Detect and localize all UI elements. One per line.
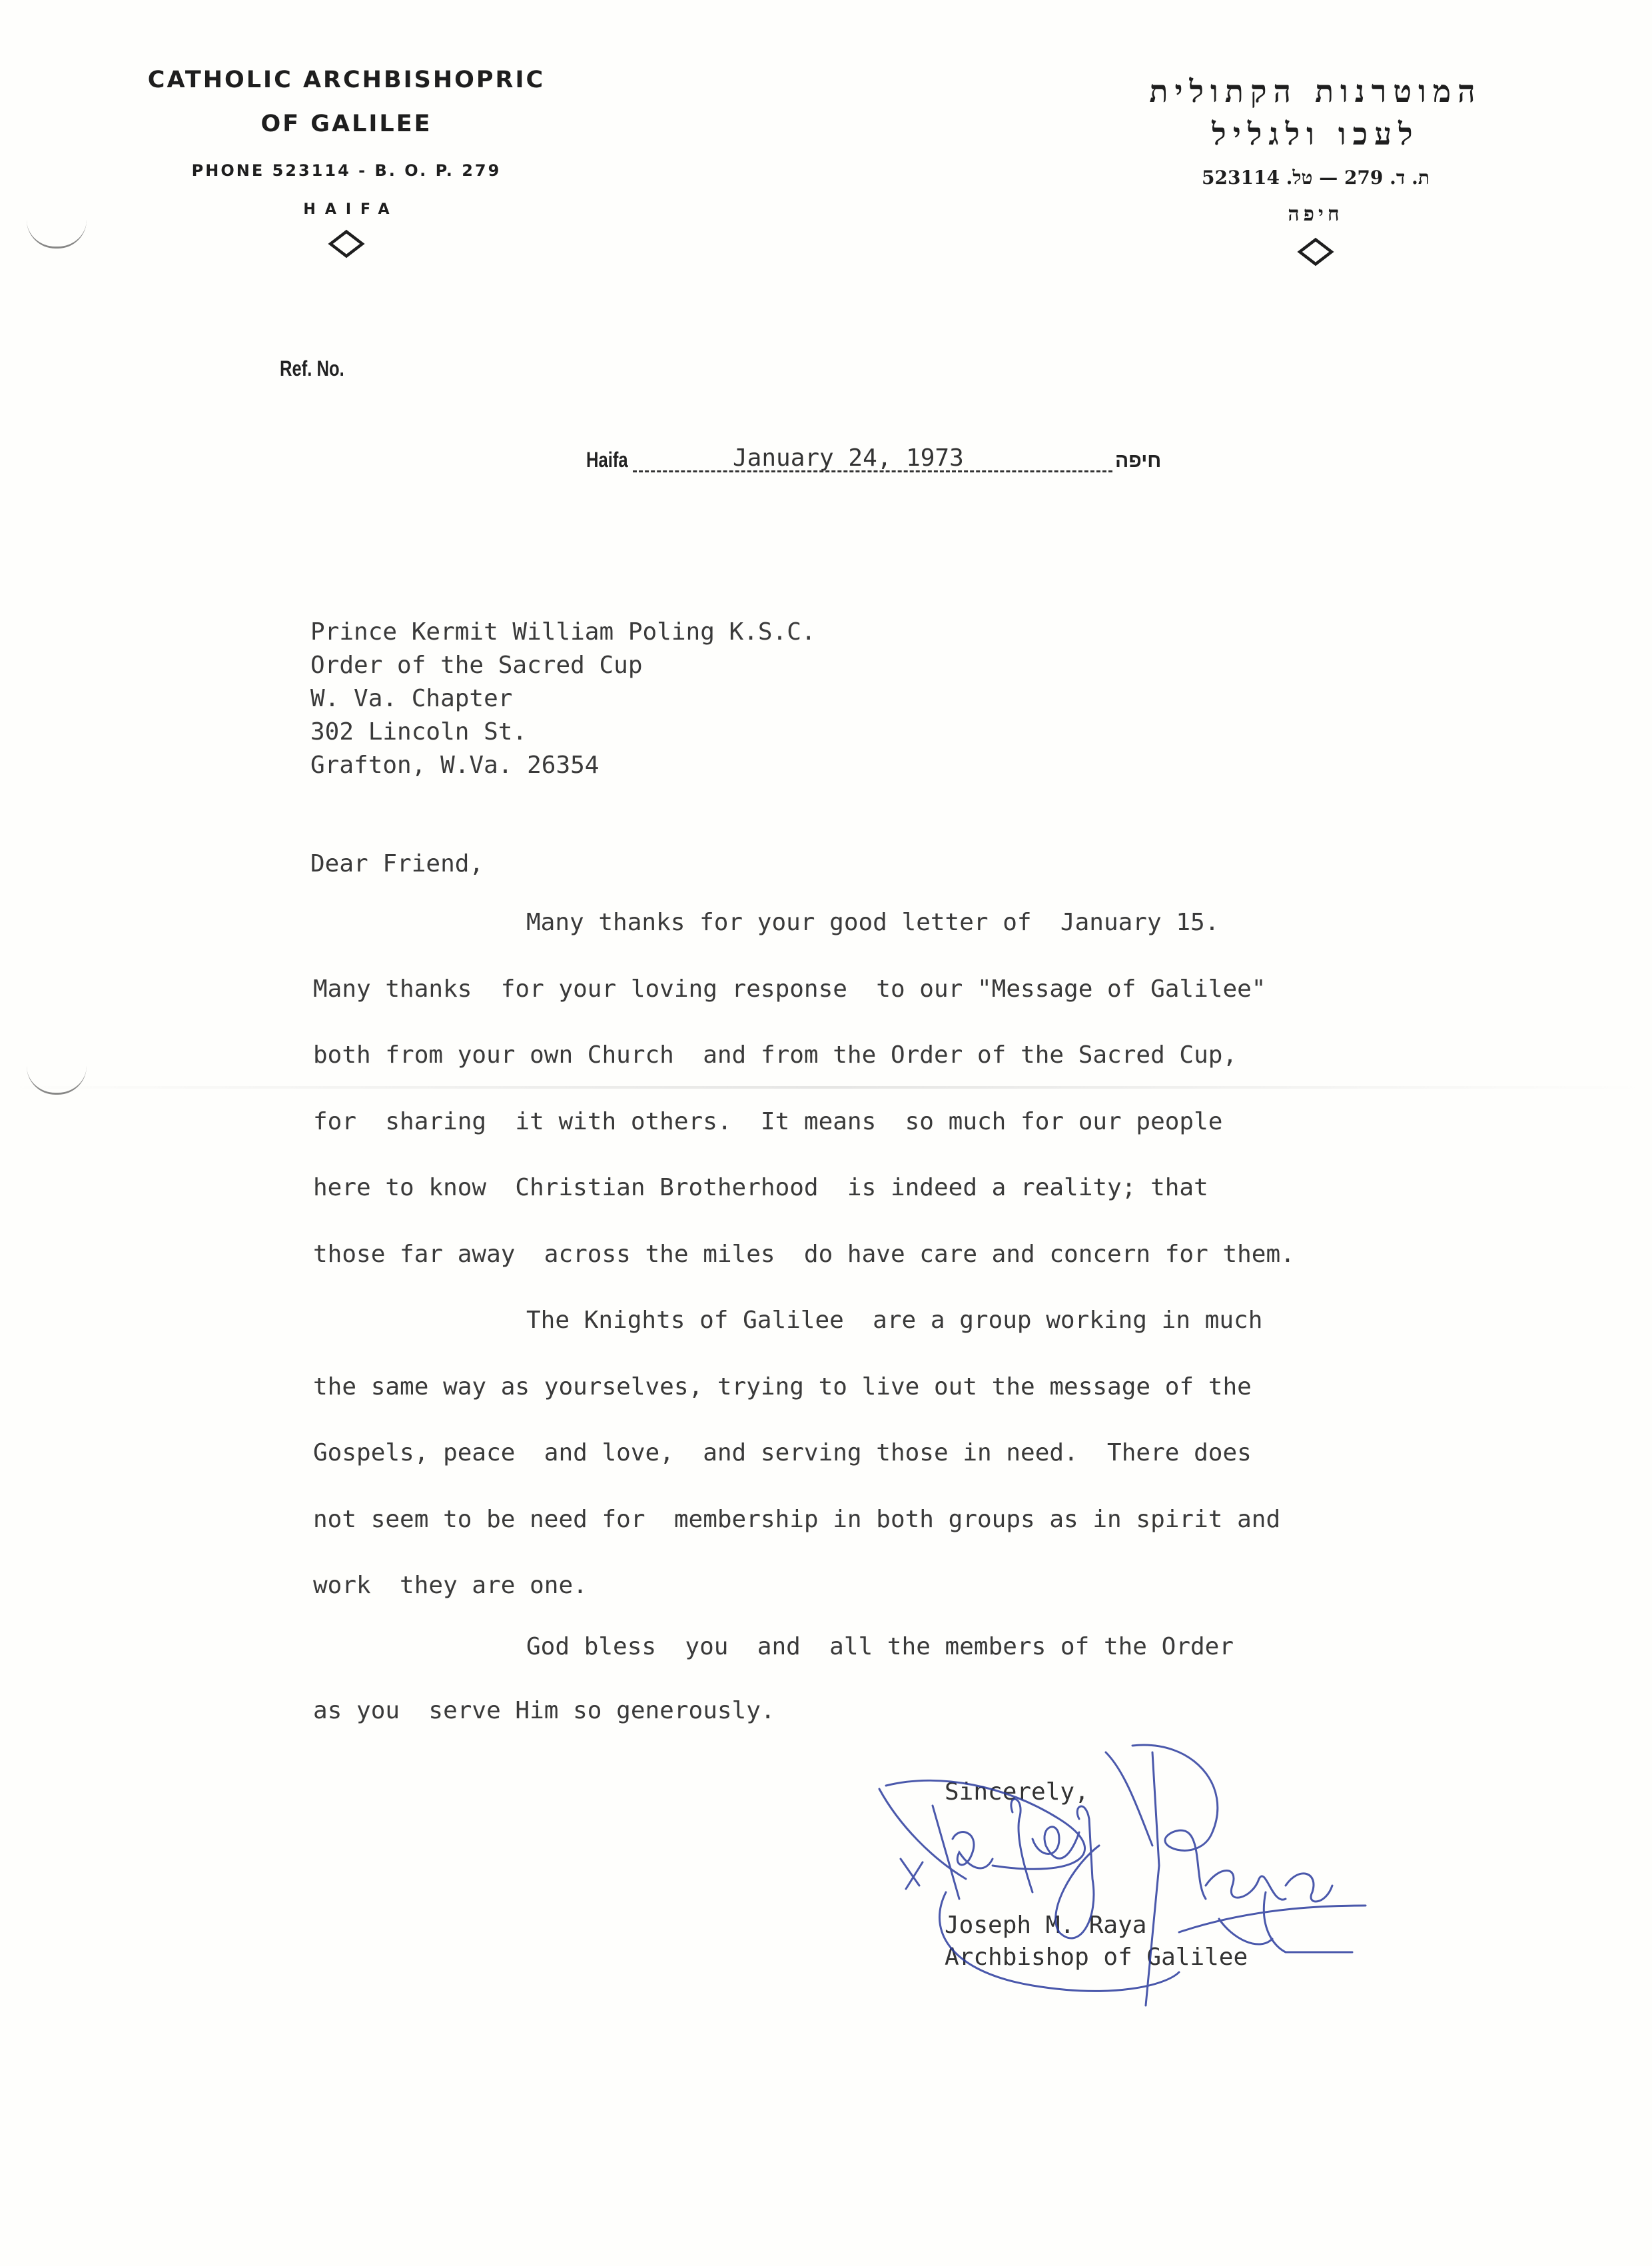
address-line: W. Va. Chapter [310, 682, 816, 716]
signatory-title: Archbishop of Galilee [945, 1942, 1248, 1974]
letterhead-he-org-name: המוטרנות הקתולית [1099, 73, 1532, 109]
body-line: not seem to be need for membership in bo… [313, 1506, 1485, 1572]
recipient-address: Prince Kermit William Poling K.S.C. Orde… [310, 616, 816, 782]
address-line: Grafton, W.Va. 26354 [310, 749, 816, 782]
dateline: Haifa January 24, 1973 חיפה [586, 448, 1161, 472]
body-line: God bless you and all the members of the… [313, 1633, 1485, 1697]
body-line: here to know Christian Brotherhood is in… [313, 1174, 1485, 1241]
body-line: the same way as yourselves, trying to li… [313, 1373, 1485, 1440]
letterhead-he-city: חיפה [1099, 203, 1532, 226]
salutation: Dear Friend, [310, 850, 484, 877]
body-line: for sharing it with others. It means so … [313, 1108, 1485, 1175]
closing: Sincerely, [945, 1776, 1089, 1808]
body-line: those far away across the miles do have … [313, 1241, 1485, 1307]
letterhead-he-contact: ת. ד. 279 — טל. 523114 [1099, 167, 1532, 189]
signatory-block: Joseph M. Raya Archbishop of Galilee [945, 1910, 1248, 1974]
letterhead-he-org-region: לעכו ולגליל [1099, 116, 1532, 152]
letter-date: January 24, 1973 [733, 444, 964, 472]
signatory-name: Joseph M. Raya [945, 1910, 1248, 1942]
address-line: Prince Kermit William Poling K.S.C. [310, 616, 816, 649]
address-line: 302 Lincoln St. [310, 716, 816, 749]
body-line: Many thanks for your good letter of Janu… [313, 909, 1485, 975]
letterhead-org-region: OF GALILEE [93, 111, 600, 137]
dateline-city-hebrew: חיפה [1115, 450, 1161, 472]
body-line: work they are one. [313, 1572, 1485, 1633]
letterhead-hebrew: המוטרנות הקתולית לעכו ולגליל ת. ד. 279 —… [1099, 73, 1532, 262]
body-line: Many thanks for your loving response to … [313, 975, 1485, 1042]
punch-mark [27, 220, 87, 249]
dateline-dotted-field: January 24, 1973 [633, 448, 1112, 472]
letterhead-english: CATHOLIC ARCHBISHOPRIC OF GALILEE PHONE … [93, 67, 600, 254]
diamond-ornament-icon [328, 230, 364, 258]
letterhead-org-name: CATHOLIC ARCHBISHOPRIC [93, 67, 600, 93]
letterhead-city: HAIFA [93, 201, 600, 218]
body-line: both from your own Church and from the O… [313, 1041, 1485, 1108]
diamond-ornament-icon [1297, 238, 1334, 266]
body-line: as you serve Him so generously. [313, 1697, 1485, 1764]
letter-body: Many thanks for your good letter of Janu… [313, 909, 1485, 1764]
dateline-city-english: Haifa [586, 448, 623, 472]
letter-page: CATHOLIC ARCHBISHOPRIC OF GALILEE PHONE … [0, 0, 1652, 2266]
address-line: Order of the Sacred Cup [310, 649, 816, 682]
reference-number-label: Ref. No. [280, 356, 344, 381]
letterhead-contact: PHONE 523114 - B. O. P. 279 [93, 161, 600, 180]
punch-mark [27, 1066, 87, 1095]
body-line: The Knights of Galilee are a group worki… [313, 1307, 1485, 1373]
body-line: Gospels, peace and love, and serving tho… [313, 1439, 1485, 1506]
